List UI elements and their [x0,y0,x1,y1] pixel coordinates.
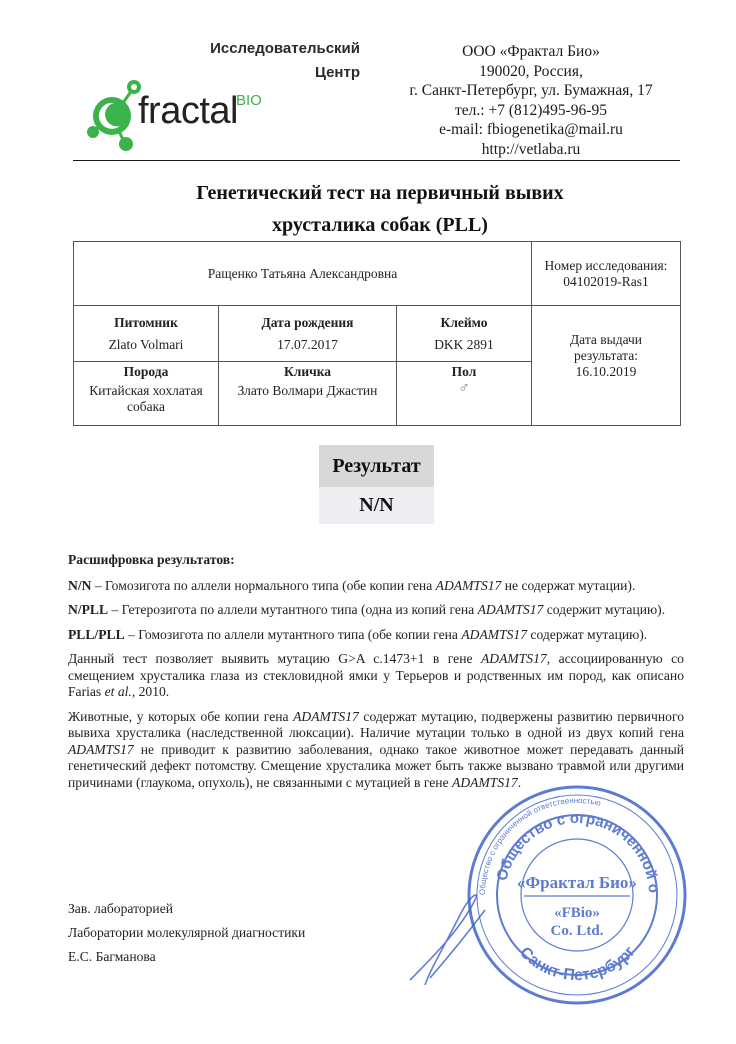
sex-cell: Пол ♂ [397,362,532,426]
kennel-cell: Питомник Zlato Volmari [74,306,219,362]
issue-date-label-2: результата: [536,348,676,364]
org-name-line1: Исследовательский [150,40,360,57]
owner-cell: Ращенко Татьяна Александровна [74,242,532,306]
result-value: N/N [319,487,434,524]
signer-title: Зав. лабораторией [68,897,305,921]
company-logo: fractal BIO [84,76,284,156]
kennel-label: Питомник [78,315,214,331]
issue-date-label-1: Дата выдачи [536,332,676,348]
genotype-nn: N/N – Гомозигота по аллели нормального т… [68,578,684,595]
issue-date-cell: Дата выдачи результата: 16.10.2019 [532,306,681,426]
brand-label: Клеймо [401,315,527,331]
company-stamp: Общество с ограниченной ответственностью… [462,780,692,1010]
svg-text:«FBio»: «FBio» [554,905,600,921]
male-icon: ♂ [401,380,527,398]
test-description: Данный тест позволяет выявить мутацию G>… [68,651,684,701]
contact-website[interactable]: http://vetlaba.ru [370,140,692,160]
title-line2: хрусталика собак (PLL) [90,209,670,241]
breed-label: Порода [78,364,214,380]
contact-phone: тел.: +7 (812)495-96-95 [370,101,692,121]
info-table: Ращенко Татьяна Александровна Номер иссл… [73,241,681,426]
dog-name-label: Кличка [223,364,392,380]
study-number-label: Номер исследования: [536,258,676,274]
kennel-value: Zlato Volmari [78,337,214,353]
company-contacts: ООО «Фрактал Био» 190020, Россия, г. Сан… [370,42,692,160]
contact-zip: 190020, Россия, [370,62,692,82]
test-explanation: Животные, у которых обе копии гена ADAMT… [68,709,684,792]
contact-address: г. Санкт-Петербург, ул. Бумажная, 17 [370,81,692,101]
svg-text:Санкт-Петербург: Санкт-Петербург [516,943,639,984]
birth-date-value: 17.07.2017 [223,337,392,353]
svg-text:Co. Ltd.: Co. Ltd. [551,923,604,939]
logo-text: fractal [138,90,238,133]
birth-date-label: Дата рождения [223,315,392,331]
interpretation-section: Расшифровка результатов: N/N – Гомозигот… [68,552,684,799]
signer-name: Е.С. Багманова [68,945,305,969]
study-number-cell: Номер исследования: 04102019-Ras1 [532,242,681,306]
sex-label: Пол [401,364,527,380]
svg-text:«Фрактал Био»: «Фрактал Био» [517,873,637,892]
contact-email[interactable]: e-mail: fbiogenetika@mail.ru [370,120,692,140]
signature-block: Зав. лабораторией Лаборатории молекулярн… [68,897,305,969]
result-label: Результат [319,445,434,487]
owner-name: Ращенко Татьяна Александровна [208,266,398,281]
contact-company: ООО «Фрактал Био» [370,42,692,62]
header-divider [73,160,680,161]
logo-superscript: BIO [236,92,262,109]
brand-value: DKK 2891 [401,337,527,353]
title-line1: Генетический тест на первичный вывих [90,177,670,209]
study-number: 04102019-Ras1 [536,274,676,290]
genotype-pllpll: PLL/PLL – Гомозигота по аллели мутантног… [68,627,684,644]
document-title: Генетический тест на первичный вывих хру… [90,177,670,241]
issue-date-value: 16.10.2019 [536,364,676,380]
result-box: Результат N/N [319,445,434,524]
breed-cell: Порода Китайская хохлатая собака [74,362,219,426]
dog-name-cell: Кличка Злато Волмари Джастин [219,362,397,426]
molecule-logo-icon [84,76,144,156]
brand-cell: Клеймо DKK 2891 [397,306,532,362]
dog-name-value: Злато Волмари Джастин [223,383,392,399]
birth-date-cell: Дата рождения 17.07.2017 [219,306,397,362]
signer-department: Лаборатории молекулярной диагностики [68,921,305,945]
breed-value: Китайская хохлатая собака [78,383,214,415]
genotype-npll: N/PLL – Гетерозигота по аллели мутантног… [68,602,684,619]
interpretation-heading: Расшифровка результатов: [68,552,684,569]
